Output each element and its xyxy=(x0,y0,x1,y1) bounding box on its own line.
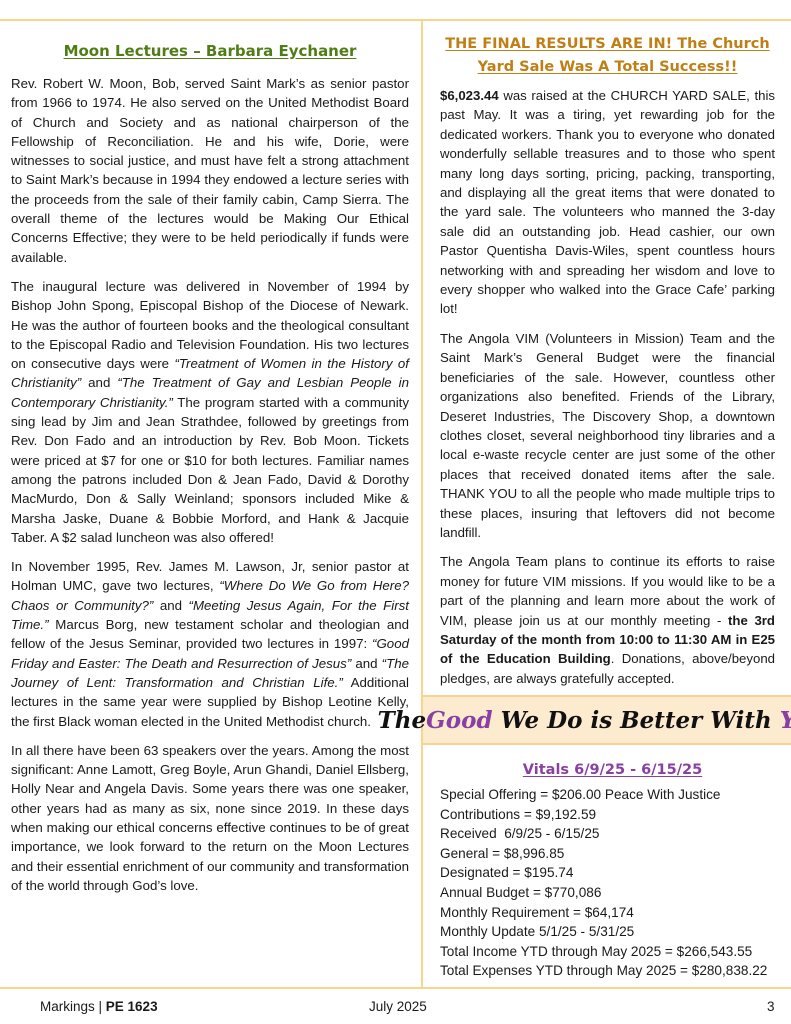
article-title: THE FINAL RESULTS ARE IN! The Church Yar… xyxy=(440,33,775,79)
banner-text: We Do is Better With xyxy=(493,707,780,734)
vitals-line: Monthly Update 5/1/25 - 5/31/25 xyxy=(440,922,785,942)
text-run: and xyxy=(81,375,117,390)
text-run: Marcus Borg, new testament scholar and t… xyxy=(11,617,409,651)
vitals-line: Monthly Requirement = $64,174 xyxy=(440,903,785,923)
vitals-line: Total Expenses YTD through May 2025 = $2… xyxy=(440,961,785,981)
text-run: The Angola VIM (Volunteers in Mission) T… xyxy=(440,331,775,540)
footer-publication: Markings | PE 1623 xyxy=(40,999,158,1014)
vitals-list: Special Offering = $206.00 Peace With Ju… xyxy=(440,785,785,981)
text-run: Rev. Robert W. Moon, Bob, served Saint M… xyxy=(11,76,409,265)
publication-name: Markings | xyxy=(40,999,106,1014)
emphasis: $6,023.44 xyxy=(440,88,499,103)
text-run: In all there have been 63 speakers over … xyxy=(11,743,409,893)
paragraph: In all there have been 63 speakers over … xyxy=(11,741,409,895)
text-run: The Angola Team plans to continue its ef… xyxy=(440,554,775,627)
yard-sale-article: THE FINAL RESULTS ARE IN! The Church Yar… xyxy=(440,30,775,747)
article-title: Moon Lectures – Barbara Eychaner xyxy=(11,42,409,60)
vitals-line: Designated = $195.74 xyxy=(440,863,785,883)
footer-date: July 2025 xyxy=(369,999,427,1014)
page-footer: Markings | PE 1623 July 2025 3 xyxy=(0,999,791,1019)
vitals-line: Annual Budget = $770,086 xyxy=(440,883,785,903)
moon-lectures-article: Moon Lectures – Barbara Eychaner Rev. Ro… xyxy=(11,30,409,905)
paragraph: The inaugural lecture was delivered in N… xyxy=(11,277,409,547)
vitals-line: Total Income YTD through May 2025 = $266… xyxy=(440,942,785,962)
text-run: was raised at the CHURCH YARD SALE, this… xyxy=(440,88,775,316)
banner-text: The xyxy=(378,707,426,734)
text-run: and xyxy=(153,598,188,613)
banner-accent-good: Good xyxy=(426,707,492,734)
issue-number: PE 1623 xyxy=(106,999,158,1014)
page-number: 3 xyxy=(767,999,775,1014)
column-divider xyxy=(421,19,423,989)
paragraph: In November 1995, Rev. James M. Lawson, … xyxy=(11,557,409,731)
vitals-title: Vitals 6/9/25 - 6/15/25 xyxy=(440,762,785,778)
vitals-line: Contributions = $9,192.59 xyxy=(440,805,785,825)
paragraph: The Angola VIM (Volunteers in Mission) T… xyxy=(440,329,775,542)
tagline-banner: The Good We Do is Better With You! xyxy=(423,695,791,745)
paragraph: Rev. Robert W. Moon, Bob, served Saint M… xyxy=(11,74,409,267)
banner-accent-you: You xyxy=(780,707,791,734)
top-rule xyxy=(0,19,791,21)
article-title-line-1: THE FINAL RESULTS ARE IN! The Church xyxy=(440,33,775,56)
paragraph: The Angola Team plans to continue its ef… xyxy=(440,552,775,688)
vitals-line: General = $8,996.85 xyxy=(440,844,785,864)
vitals-section: Vitals 6/9/25 - 6/15/25 Special Offering… xyxy=(440,752,785,981)
bottom-rule xyxy=(0,987,791,989)
paragraph: $6,023.44 was raised at the CHURCH YARD … xyxy=(440,86,775,319)
vitals-line: Received 6/9/25 - 6/15/25 xyxy=(440,824,785,844)
text-run: and xyxy=(351,656,381,671)
article-title-line-2: Yard Sale Was A Total Success!! xyxy=(440,56,775,79)
article-body: Rev. Robert W. Moon, Bob, served Saint M… xyxy=(11,74,409,895)
vitals-line: Special Offering = $206.00 Peace With Ju… xyxy=(440,785,785,805)
article-body: $6,023.44 was raised at the CHURCH YARD … xyxy=(440,86,775,737)
text-run: The program started with a community sin… xyxy=(11,395,409,545)
